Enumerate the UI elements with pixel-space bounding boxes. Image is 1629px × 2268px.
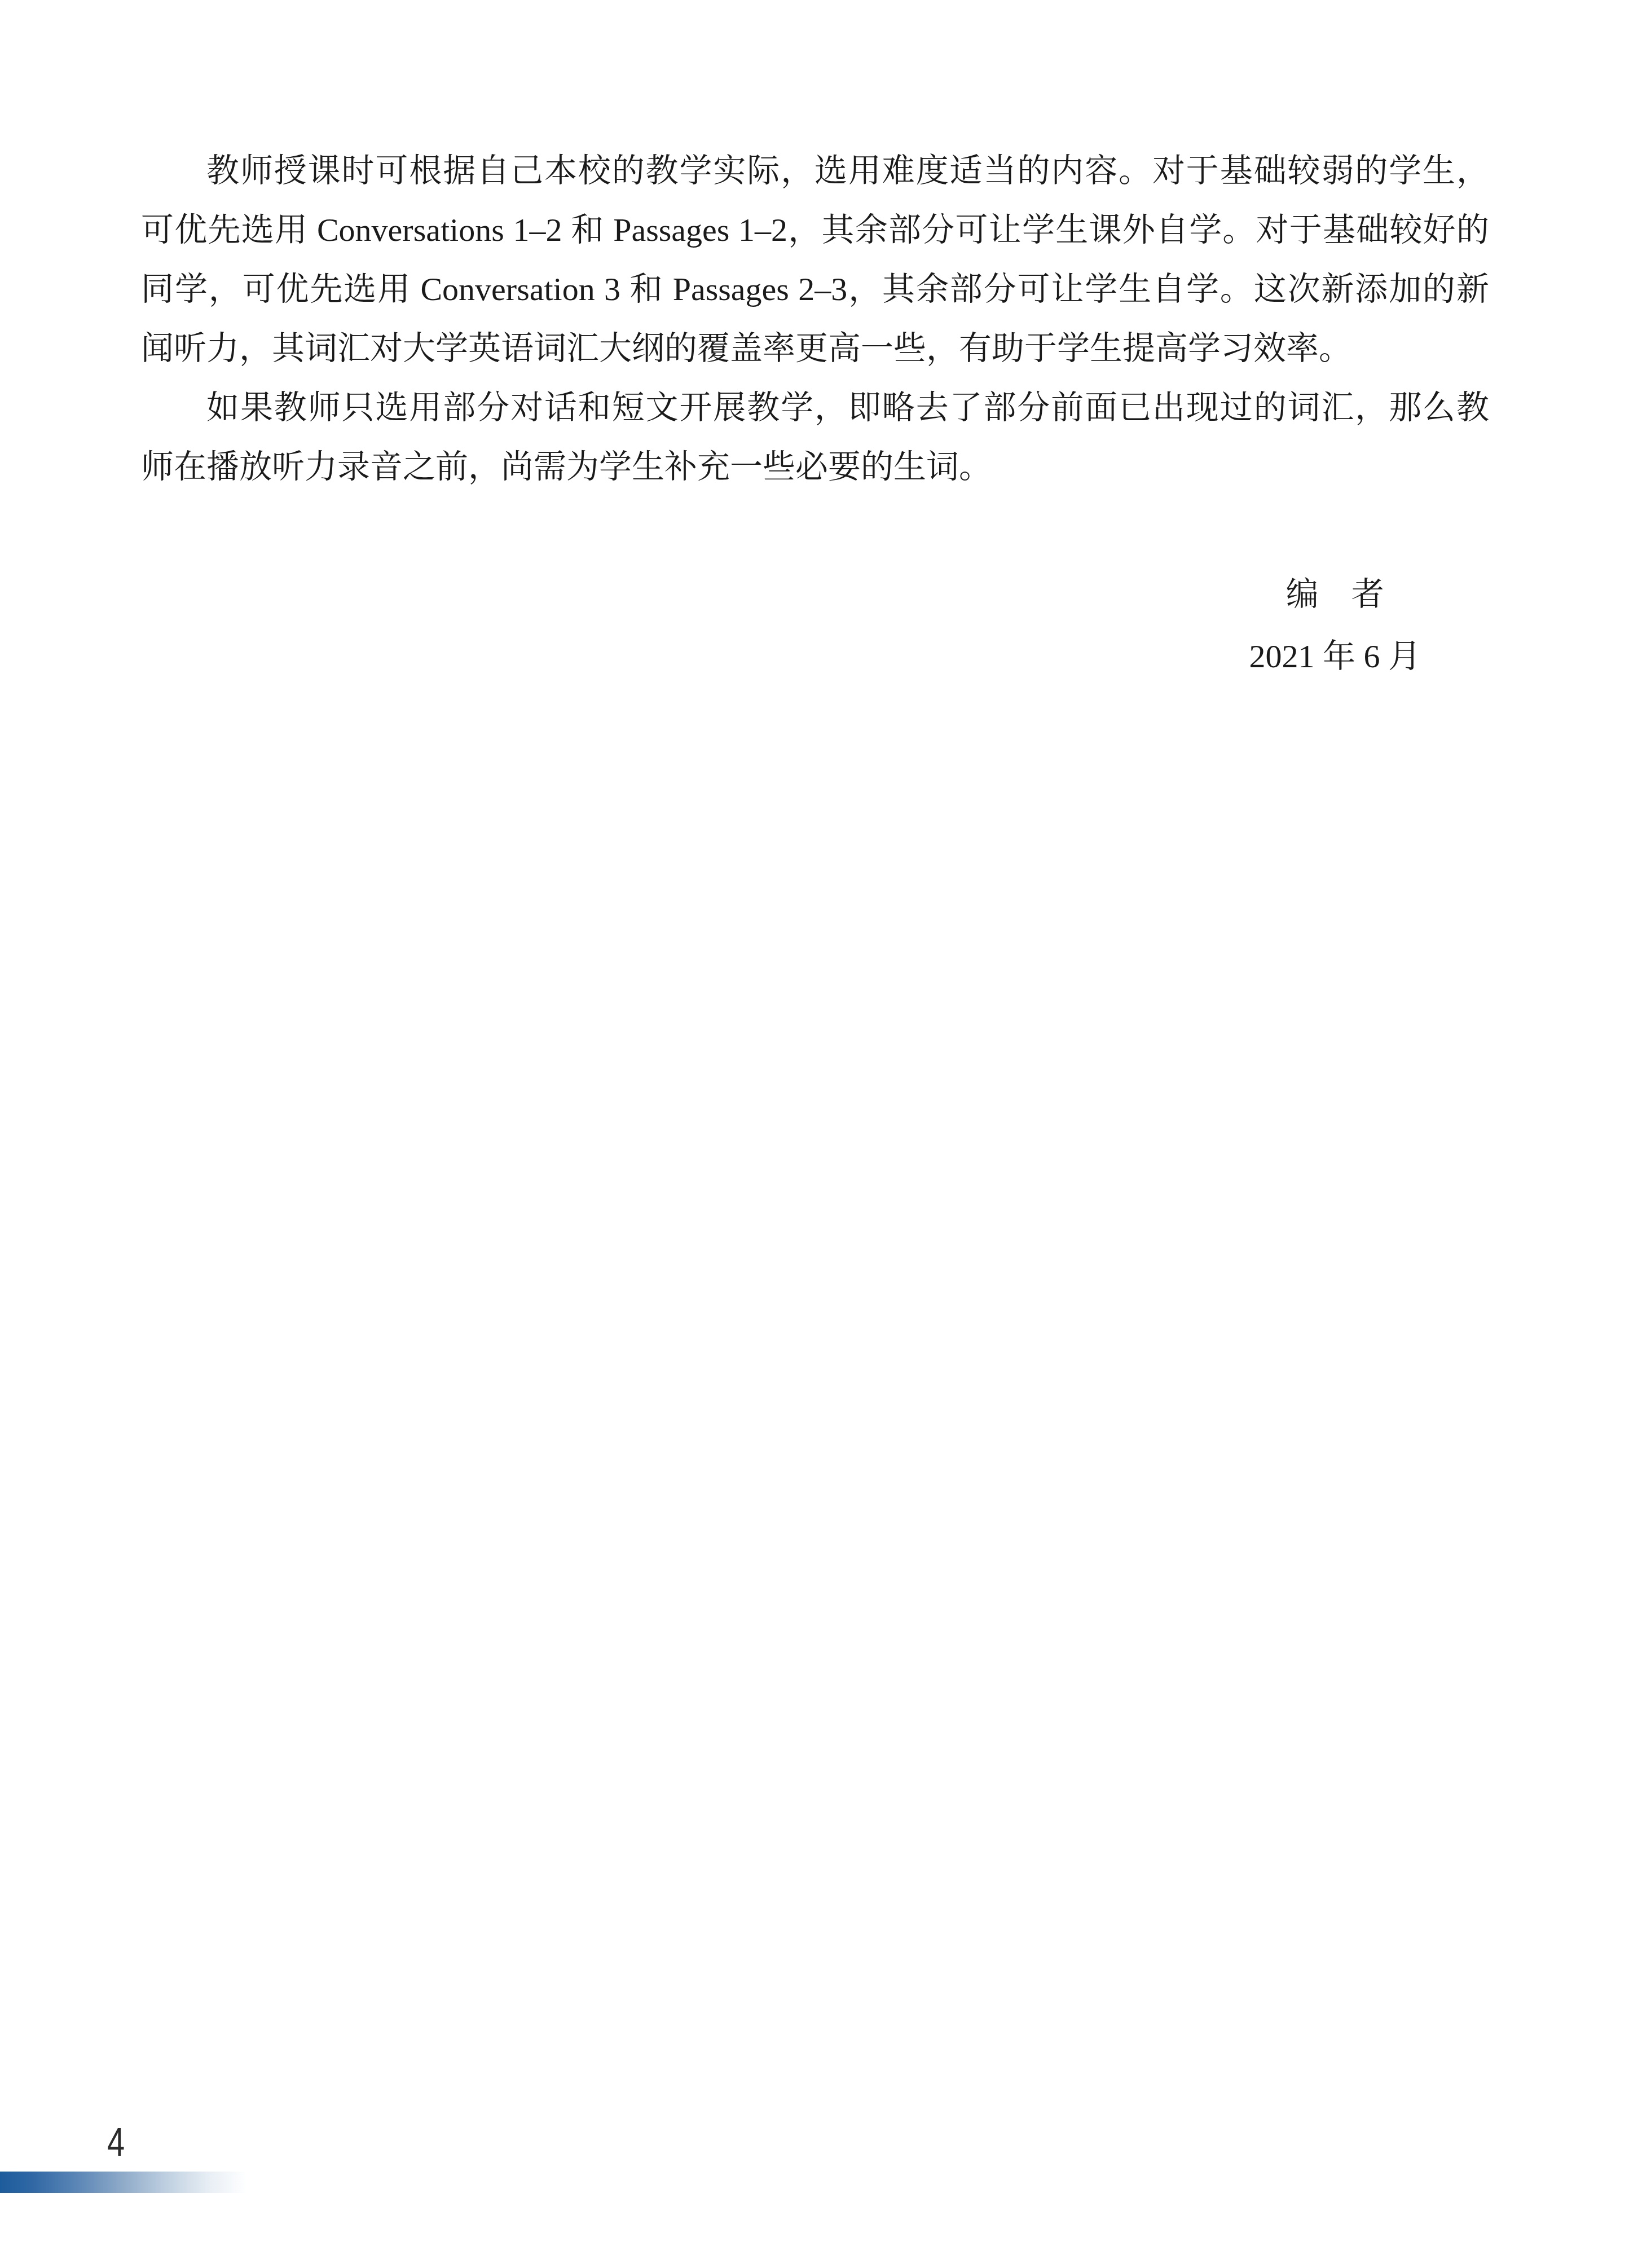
- page-number: 4: [107, 2122, 125, 2162]
- text-line: 闻听力，其词汇对大学英语词汇大纲的覆盖率更高一些，有助于学生提高学习效率。: [141, 319, 1489, 378]
- text-line: 师在播放听力录音之前，尚需为学生补充一些必要的生词。: [141, 437, 1489, 496]
- text-line: 同学，可优先选用 Conversation 3 和 Passages 2–3，其…: [141, 259, 1489, 319]
- text-line: 可优先选用 Conversations 1–2 和 Passages 1–2，其…: [141, 200, 1489, 259]
- preface-paragraph-1: 教师授课时可根据自己本校的教学实际，选用难度适当的内容。对于基础较弱的学生， 可…: [141, 141, 1489, 378]
- text-line: 教师授课时可根据自己本校的教学实际，选用难度适当的内容。对于基础较弱的学生，: [141, 141, 1489, 200]
- preface-paragraph-2: 如果教师只选用部分对话和短文开展教学，即略去了部分前面已出现过的词汇，那么教 师…: [141, 378, 1489, 496]
- signature-block: 编 者 2021 年 6 月: [1249, 563, 1421, 688]
- signature-date: 2021 年 6 月: [1249, 626, 1421, 688]
- text-line: 如果教师只选用部分对话和短文开展教学，即略去了部分前面已出现过的词汇，那么教: [141, 378, 1489, 437]
- author-signature: 编 者: [1286, 563, 1384, 626]
- footer-gradient-bar: [0, 2172, 257, 2193]
- preface-body: 教师授课时可根据自己本校的教学实际，选用难度适当的内容。对于基础较弱的学生， 可…: [141, 141, 1489, 688]
